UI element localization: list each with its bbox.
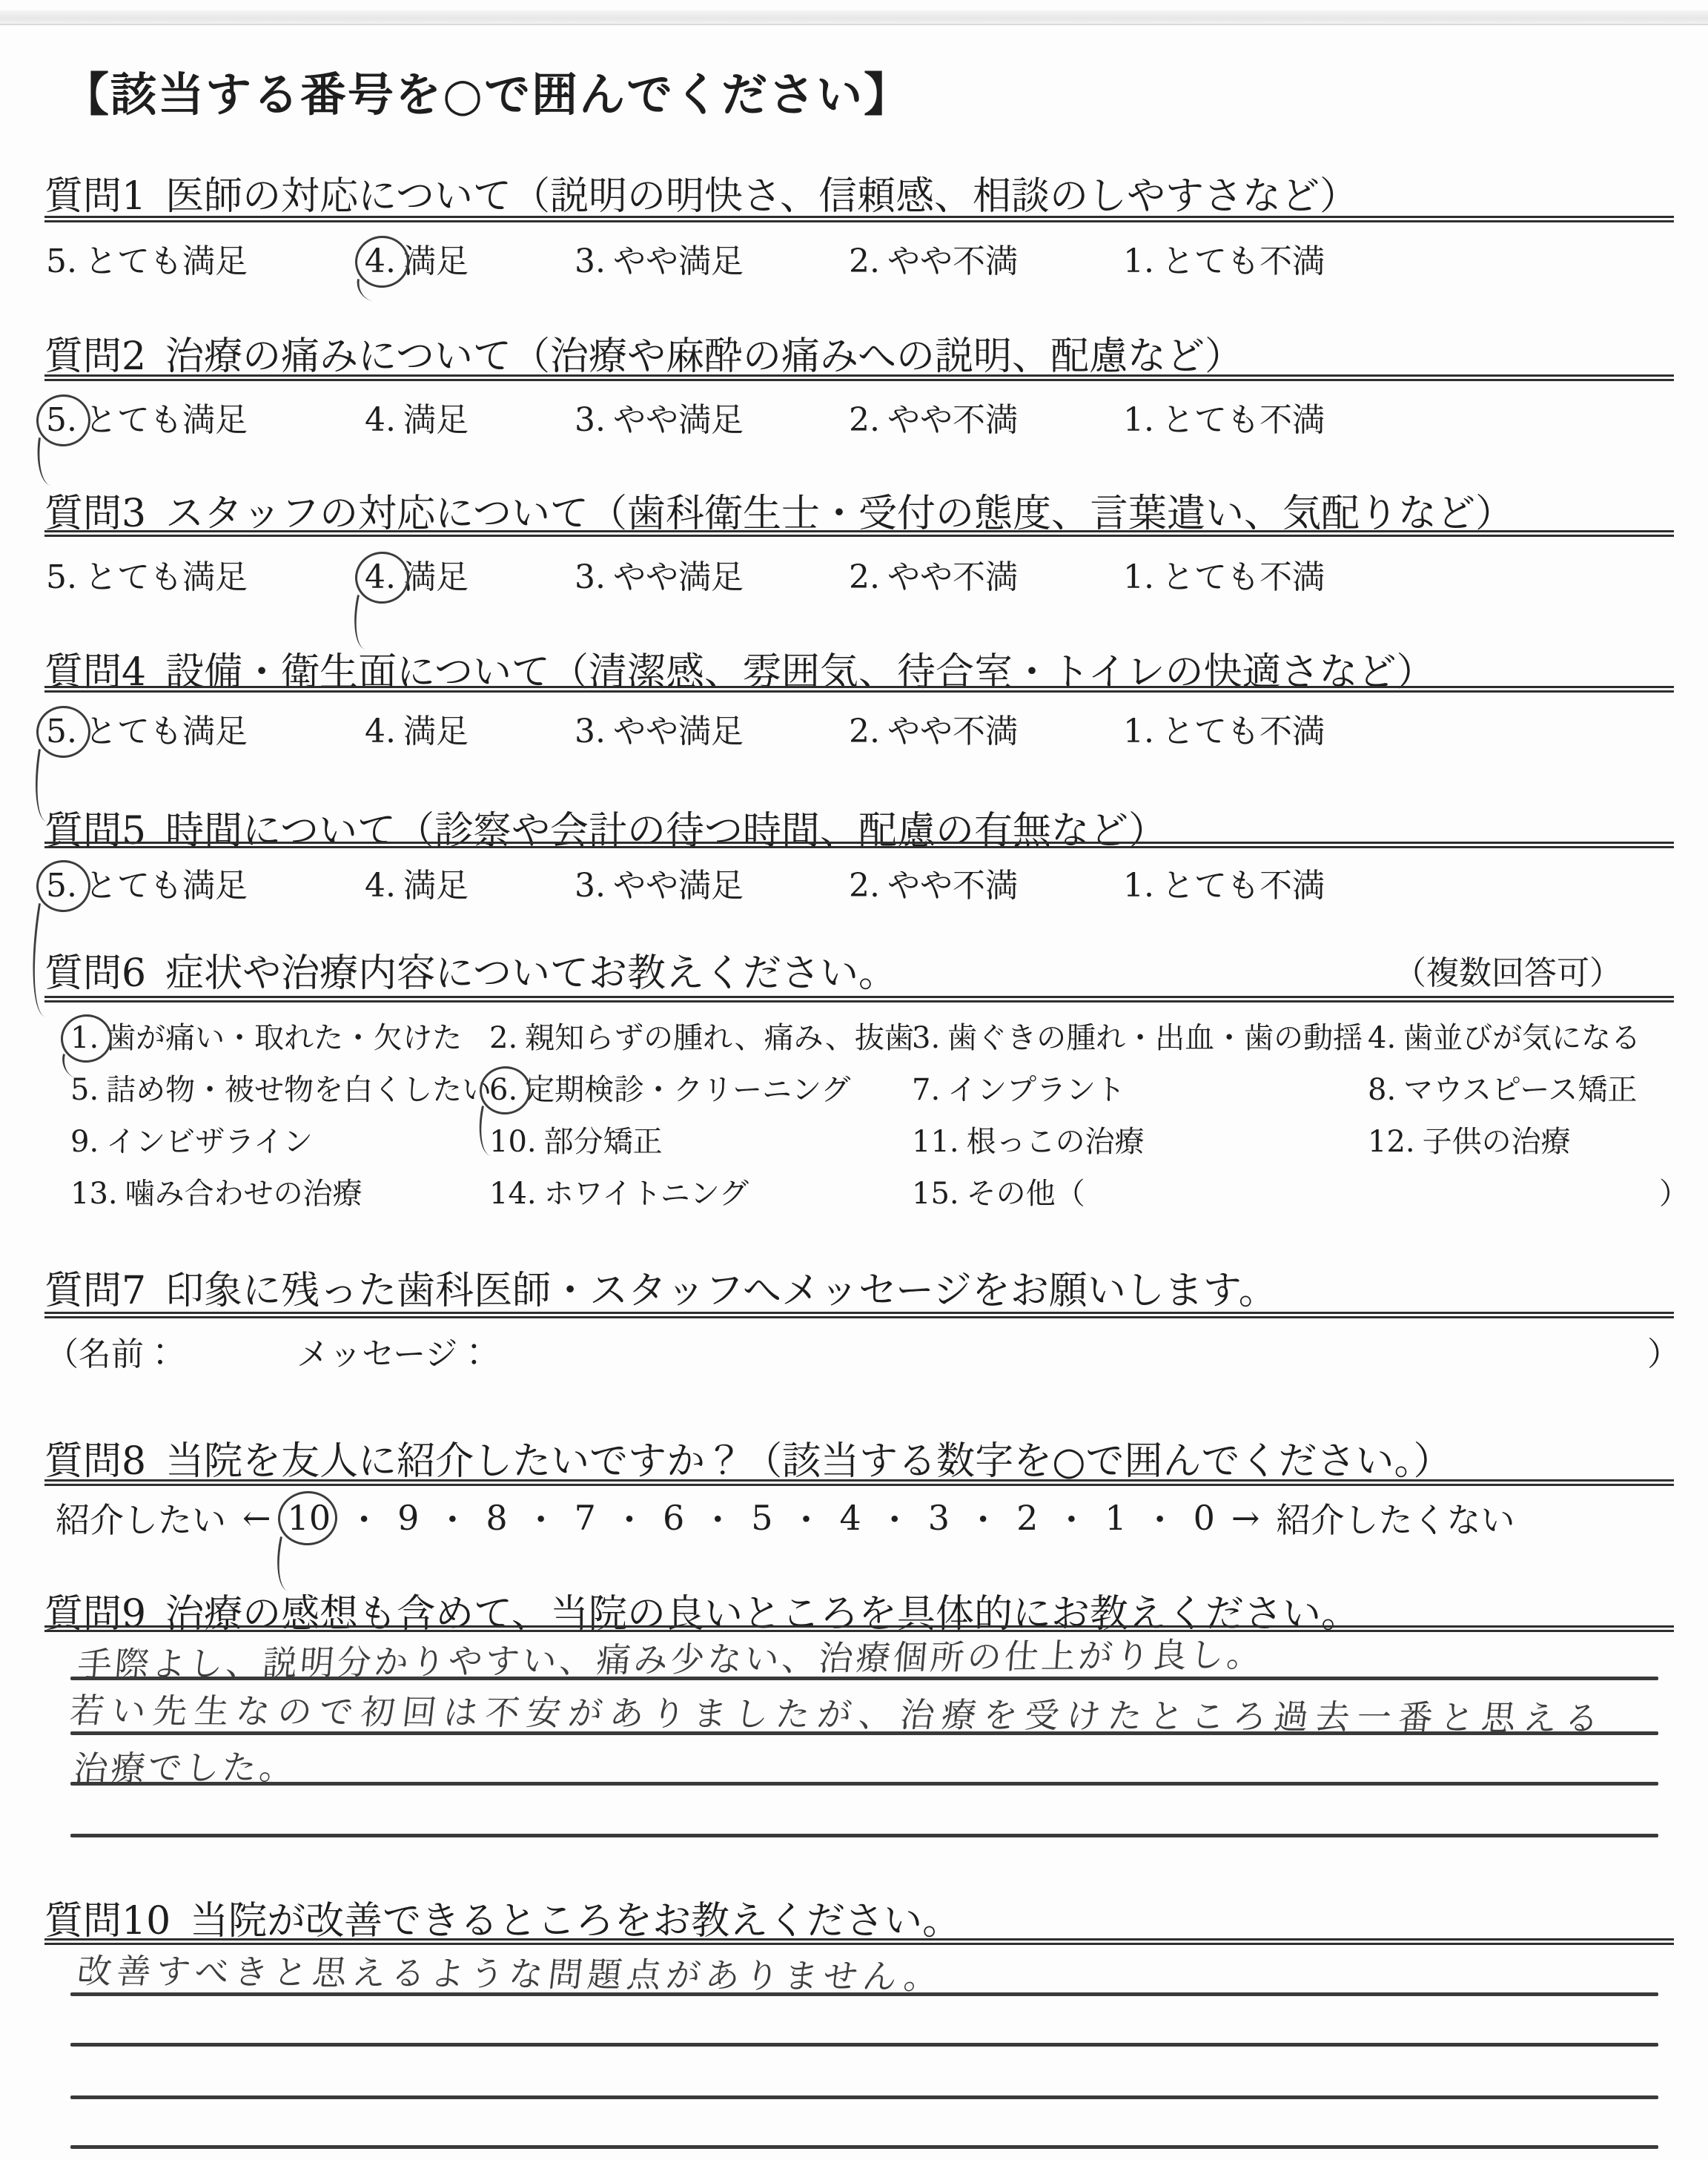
q2-option-5-number: 5.: [46, 401, 77, 439]
q5-option-4-number: 4.: [365, 867, 396, 905]
q8-scale-7: 7: [575, 1498, 596, 1538]
q2-option-2-label: やや不満: [887, 401, 1018, 439]
q6-divider-rule: [44, 996, 1674, 1003]
q3-option-2-number: 2.: [849, 558, 880, 596]
q8-scale-2: 2: [1016, 1498, 1038, 1538]
q2-divider-rule: [44, 374, 1674, 381]
q8-selected-circle-mark: 10: [288, 1498, 331, 1538]
q1-selected-circle-mark: 4.: [365, 242, 403, 280]
q7-divider-rule: [44, 1312, 1674, 1318]
q1-option-2-label: やや不満: [887, 242, 1018, 280]
q1-option-4: 4.満足: [365, 234, 469, 282]
q8-scale-9: 9: [397, 1498, 419, 1538]
q6-option-3-label: 歯ぐきの腫れ・出血・歯の動揺: [947, 1021, 1363, 1055]
q2-selected-circle-mark: 5.: [46, 401, 85, 439]
q6-option-15: 15.その他（: [912, 1170, 1085, 1212]
q3-option-4-label: 満足: [403, 558, 469, 596]
q6-multi-answer-note: （複数回答可）: [1394, 946, 1622, 994]
q6-grid-row-4: 13.噛み合わせの治療 14.ホワイトニング 15.その他（ ）: [0, 1170, 1708, 1218]
q6-option-4: 4.歯並びが気になる: [1368, 1014, 1641, 1057]
q2-option-4-label: 満足: [403, 401, 469, 439]
q3-option-2: 2.やや不満: [849, 550, 1018, 598]
q4-option-2-label: やや不満: [887, 713, 1018, 750]
q2-option-3-label: やや満足: [613, 401, 744, 439]
q6-option-2: 2.親知らずの腫れ、痛み、抜歯: [489, 1014, 914, 1057]
q4-option-5-number: 5.: [46, 713, 77, 750]
q1-option-2-number: 2.: [849, 242, 880, 280]
q4-option-1-label: とても不満: [1162, 713, 1325, 750]
q3-option-1: 1.とても不満: [1123, 550, 1325, 598]
q8-dot: ・: [701, 1493, 735, 1542]
q6-option-10-label: 部分矯正: [544, 1125, 663, 1159]
q6-option-9-number: 9.: [70, 1125, 99, 1159]
q8-dot: ・: [790, 1493, 824, 1542]
q8-scale-4: 4: [840, 1498, 861, 1538]
q5-option-5-number: 5.: [46, 867, 77, 905]
q4-option-4: 4.満足: [365, 704, 469, 752]
q1-options: 5.とても満足 4.満足 3.やや満足 2.やや不満 1.とても不満: [0, 234, 1708, 279]
q6-option-6-label: 定期検診・クリーニング: [525, 1073, 850, 1107]
q6-option-12: 12.子供の治療: [1368, 1118, 1571, 1160]
q8-scale-0: 0: [1194, 1498, 1215, 1538]
q3-selected-circle-mark: 4.: [365, 558, 403, 596]
q5-option-5: 5.とても満足: [46, 859, 248, 906]
q4-selected-circle-mark: 5.: [46, 713, 85, 750]
q5-options: 5.とても満足 4.満足 3.やや満足 2.やや不満 1.とても不満: [0, 859, 1708, 903]
q3-option-3: 3.やや満足: [575, 550, 744, 598]
q5-option-4-label: 満足: [403, 867, 469, 905]
q6-option-11-label: 根っこの治療: [967, 1125, 1145, 1159]
q1-label: 質問1: [44, 174, 146, 219]
q6-option-15-label: その他（: [967, 1177, 1085, 1211]
q6-option-14: 14.ホワイトニング: [489, 1170, 749, 1212]
q10-answer-rule-2: [70, 2043, 1658, 2047]
q5-option-1-label: とても不満: [1162, 867, 1325, 905]
q1-option-5-label: とても満足: [85, 242, 248, 280]
q4-option-3-number: 3.: [575, 713, 606, 750]
q4-option-4-label: 満足: [403, 713, 469, 750]
q6-option-7: 7.インプラント: [912, 1066, 1125, 1109]
q2-option-4-number: 4.: [365, 401, 396, 439]
q1-option-5-number: 5.: [46, 242, 77, 280]
q8-dot: ・: [1143, 1493, 1177, 1542]
q3-option-4: 4.満足: [365, 550, 469, 598]
q8-header: 質問8当院を友人に紹介したいですか？（該当する数字を○で囲んでください。）: [44, 1430, 1452, 1485]
q4-option-5-label: とても満足: [85, 713, 248, 750]
q6-option-1: 1.歯が痛い・取れた・欠けた: [70, 1014, 462, 1057]
q8-not-want-label: 紹介したくない: [1276, 1493, 1515, 1542]
q3-header: 質問3スタッフの対応について（歯科衛生士・受付の態度、言葉遣い、気配りなど）: [44, 482, 1514, 538]
q6-option-8-number: 8.: [1368, 1073, 1396, 1107]
q8-scale-1: 1: [1105, 1498, 1126, 1538]
q3-option-5-number: 5.: [46, 558, 77, 596]
q8-dot: ・: [524, 1493, 558, 1542]
q6-option-15-number: 15.: [912, 1177, 959, 1211]
q3-option-4-number: 4.: [365, 558, 396, 596]
q6-option-2-number: 2.: [489, 1021, 517, 1055]
q7-header: 質問7印象に残った歯科医師・スタッフへメッセージをお願いします。: [44, 1259, 1277, 1315]
q1-option-4-number: 4.: [365, 242, 396, 280]
q6-option-4-label: 歯並びが気になる: [1403, 1021, 1641, 1055]
q3-options: 5.とても満足 4.満足 3.やや満足 2.やや不満 1.とても不満: [0, 550, 1708, 595]
q6-option-12-label: 子供の治療: [1423, 1125, 1571, 1159]
q8-right-arrow: →: [1231, 1498, 1260, 1538]
q8-text: 当院を友人に紹介したいですか？（該当する数字を○で囲んでください。）: [165, 1439, 1452, 1484]
q6-option-11: 11.根っこの治療: [912, 1118, 1145, 1160]
q5-option-3: 3.やや満足: [575, 859, 744, 906]
q5-option-1: 1.とても不満: [1123, 859, 1325, 906]
q3-option-5: 5.とても満足: [46, 550, 248, 598]
q6-option-7-label: インプラント: [947, 1073, 1125, 1107]
q2-option-5-label: とても満足: [85, 401, 248, 439]
q6-header: 質問6症状や治療内容についてお教えください。: [44, 942, 897, 997]
q1-option-1: 1.とても不満: [1123, 234, 1325, 282]
q7-message-field-label: メッセージ：: [297, 1327, 490, 1375]
q2-option-5: 5.とても満足: [46, 393, 248, 440]
q6-option-2-label: 親知らずの腫れ、痛み、抜歯: [525, 1021, 914, 1055]
q6-option-5-label: 詰め物・被せ物を白くしたい: [106, 1073, 491, 1107]
q5-option-2-label: やや不満: [887, 867, 1018, 905]
q7-text: 印象に残った歯科医師・スタッフへメッセージをお願いします。: [165, 1269, 1277, 1313]
q6-option-1-number: 1.: [70, 1021, 99, 1055]
q6-label: 質問6: [44, 951, 146, 996]
q6-option-13-label: 噛み合わせの治療: [125, 1177, 363, 1211]
q8-scale-8: 8: [486, 1498, 507, 1538]
q10-label: 質問10: [44, 1899, 171, 1943]
q6-option-5-number: 5.: [70, 1073, 99, 1107]
q1-option-2: 2.やや不満: [849, 234, 1018, 282]
q10-answer-line-1: 改善すべきと思えるような問題点がありません。: [75, 1944, 946, 1999]
q8-left-arrow: ←: [242, 1498, 271, 1538]
q8-dot: ・: [966, 1493, 1000, 1542]
q10-header: 質問10当院が改善できるところをお教えください。: [44, 1889, 961, 1945]
q3-option-3-number: 3.: [575, 558, 606, 596]
q3-option-5-label: とても満足: [85, 558, 248, 596]
q1-option-3: 3.やや満足: [575, 234, 744, 282]
q2-option-3-number: 3.: [575, 401, 606, 439]
q1-option-3-label: やや満足: [613, 242, 744, 280]
q10-divider-rule: [44, 1938, 1674, 1945]
q3-text: スタッフの対応について（歯科衛生士・受付の態度、言葉遣い、気配りなど）: [165, 492, 1514, 536]
q2-option-4: 4.満足: [365, 393, 469, 440]
q5-option-3-number: 3.: [575, 867, 606, 905]
q6-option-1-label: 歯が痛い・取れた・欠けた: [106, 1021, 462, 1055]
q2-option-1: 1.とても不満: [1123, 393, 1325, 440]
q5-option-2: 2.やや不満: [849, 859, 1018, 906]
q6-option-8: 8.マウスピース矯正: [1368, 1066, 1637, 1109]
q8-scale-3: 3: [928, 1498, 950, 1538]
q5-divider-rule: [44, 842, 1674, 848]
q5-option-1-number: 1.: [1123, 867, 1154, 905]
q3-divider-rule: [44, 530, 1674, 537]
q1-header: 質問1医師の対応について（説明の明快さ、信頼感、相談のしやすさなど）: [44, 165, 1358, 220]
survey-page: 【該当する番号を○で囲んでください】 質問1医師の対応について（説明の明快さ、信…: [0, 0, 1708, 2160]
q2-options: 5.とても満足 4.満足 3.やや満足 2.やや不満 1.とても不満: [0, 393, 1708, 437]
q3-option-1-number: 1.: [1123, 558, 1154, 596]
q6-circle-mark-6: 6.: [489, 1073, 525, 1107]
q3-option-3-label: やや満足: [613, 558, 744, 596]
q8-nps-scale-row: 紹介したい ← 10 ・ 9 ・ 8 ・ 7 ・ 6 ・ 5 ・ 4 ・ 3 ・…: [56, 1493, 1515, 1542]
q6-option-10: 10.部分矯正: [489, 1118, 663, 1160]
q6-option-13-number: 13.: [70, 1177, 118, 1211]
q6-circle-mark-1: 1.: [70, 1021, 106, 1055]
q6-grid-row-2: 5.詰め物・被せ物を白くしたい 6.定期検診・クリーニング 7.インプラント 8…: [0, 1066, 1708, 1114]
q3-option-1-label: とても不満: [1162, 558, 1325, 596]
q10-answer-rule-3: [70, 2095, 1658, 2099]
q6-option-4-number: 4.: [1368, 1021, 1396, 1055]
q6-option-10-number: 10.: [489, 1125, 537, 1159]
q8-scale-10: 10: [288, 1498, 331, 1538]
q7-close-paren: ）: [1647, 1327, 1680, 1375]
q8-scale-5: 5: [751, 1498, 772, 1538]
q6-grid-row-1: 1.歯が痛い・取れた・欠けた 2.親知らずの腫れ、痛み、抜歯 3.歯ぐきの腫れ・…: [0, 1014, 1708, 1062]
q2-option-3: 3.やや満足: [575, 393, 744, 440]
q8-dot: ・: [612, 1493, 646, 1542]
q4-option-5: 5.とても満足: [46, 704, 248, 752]
q1-divider-rule: [44, 216, 1674, 222]
q6-option-14-label: ホワイトニング: [544, 1177, 749, 1211]
q9-answer-rule-1: [70, 1677, 1658, 1680]
q8-dot: ・: [435, 1493, 469, 1542]
q4-option-2: 2.やや不満: [849, 704, 1018, 752]
q8-dot: ・: [878, 1493, 912, 1542]
q7-name-field-label: （名前：: [46, 1327, 176, 1375]
scan-artifact-bar: [0, 10, 1708, 25]
q9-answer-rule-4: [70, 1834, 1658, 1837]
q6-option-3: 3.歯ぐきの腫れ・出血・歯の動揺: [912, 1014, 1363, 1057]
q6-option-5: 5.詰め物・被せ物を白くしたい: [70, 1066, 491, 1109]
q5-option-5-label: とても満足: [85, 867, 248, 905]
q5-option-2-number: 2.: [849, 867, 880, 905]
q6-grid-row-3: 9.インビザライン 10.部分矯正 11.根っこの治療 12.子供の治療: [0, 1118, 1708, 1166]
q2-option-1-label: とても不満: [1162, 401, 1325, 439]
q4-option-1-number: 1.: [1123, 713, 1154, 750]
q4-option-2-number: 2.: [849, 713, 880, 750]
q1-option-4-label: 満足: [403, 242, 469, 280]
q9-answer-rule-3: [70, 1782, 1658, 1786]
q2-option-2: 2.やや不満: [849, 393, 1018, 440]
q6-other-close-paren: ）: [1659, 1170, 1689, 1212]
q6-text: 症状や治療内容についてお教えください。: [165, 951, 897, 996]
q6-option-13: 13.噛み合わせの治療: [70, 1170, 363, 1212]
q6-option-14-number: 14.: [489, 1177, 537, 1211]
q4-options: 5.とても満足 4.満足 3.やや満足 2.やや不満 1.とても不満: [0, 704, 1708, 749]
q6-option-7-number: 7.: [912, 1073, 940, 1107]
q4-option-3: 3.やや満足: [575, 704, 744, 752]
q10-answer-rule-1: [70, 1992, 1658, 1996]
q1-text: 医師の対応について（説明の明快さ、信頼感、相談のしやすさなど）: [165, 174, 1358, 219]
q8-scale-6: 6: [663, 1498, 684, 1538]
q3-option-2-label: やや不満: [887, 558, 1018, 596]
q7-label: 質問7: [44, 1269, 146, 1313]
q6-option-9: 9.インビザライン: [70, 1118, 313, 1160]
q6-option-11-number: 11.: [912, 1125, 959, 1159]
q8-dot: ・: [347, 1493, 381, 1542]
q6-option-6: 6.定期検診・クリーニング: [489, 1066, 850, 1109]
q10-text: 当院が改善できるところをお教えください。: [190, 1899, 961, 1943]
q1-option-3-number: 3.: [575, 242, 606, 280]
q6-option-12-number: 12.: [1368, 1125, 1415, 1159]
q5-option-4: 4.満足: [365, 859, 469, 906]
q2-option-1-number: 1.: [1123, 401, 1154, 439]
q8-label: 質問8: [44, 1439, 146, 1484]
q6-option-8-label: マウスピース矯正: [1403, 1073, 1637, 1107]
q8-divider-rule: [44, 1479, 1674, 1486]
q8-want-label: 紹介したい: [56, 1493, 226, 1542]
q3-label: 質問3: [44, 492, 146, 536]
q9-answer-rule-2: [70, 1731, 1658, 1735]
q1-option-1-number: 1.: [1123, 242, 1154, 280]
q4-option-3-label: やや満足: [613, 713, 744, 750]
survey-title: 【該当する番号を○で囲んでください】: [63, 58, 911, 124]
q8-dot: ・: [1054, 1493, 1088, 1542]
q5-option-3-label: やや満足: [613, 867, 744, 905]
q1-option-5: 5.とても満足: [46, 234, 248, 282]
q6-option-9-label: インビザライン: [106, 1125, 313, 1159]
q6-option-6-number: 6.: [489, 1073, 517, 1107]
q4-divider-rule: [44, 686, 1674, 693]
q2-option-2-number: 2.: [849, 401, 880, 439]
q2-label: 質問2: [44, 334, 146, 379]
q6-option-3-number: 3.: [912, 1021, 940, 1055]
q1-option-1-label: とても不満: [1162, 242, 1325, 280]
q2-text: 治療の痛みについて（治療や麻酔の痛みへの説明、配慮など）: [165, 334, 1243, 379]
q10-answer-rule-4: [70, 2145, 1658, 2149]
q2-header: 質問2治療の痛みについて（治療や麻酔の痛みへの説明、配慮など）: [44, 325, 1243, 380]
q4-option-4-number: 4.: [365, 713, 396, 750]
q5-selected-circle-mark: 5.: [46, 867, 85, 905]
q4-option-1: 1.とても不満: [1123, 704, 1325, 752]
